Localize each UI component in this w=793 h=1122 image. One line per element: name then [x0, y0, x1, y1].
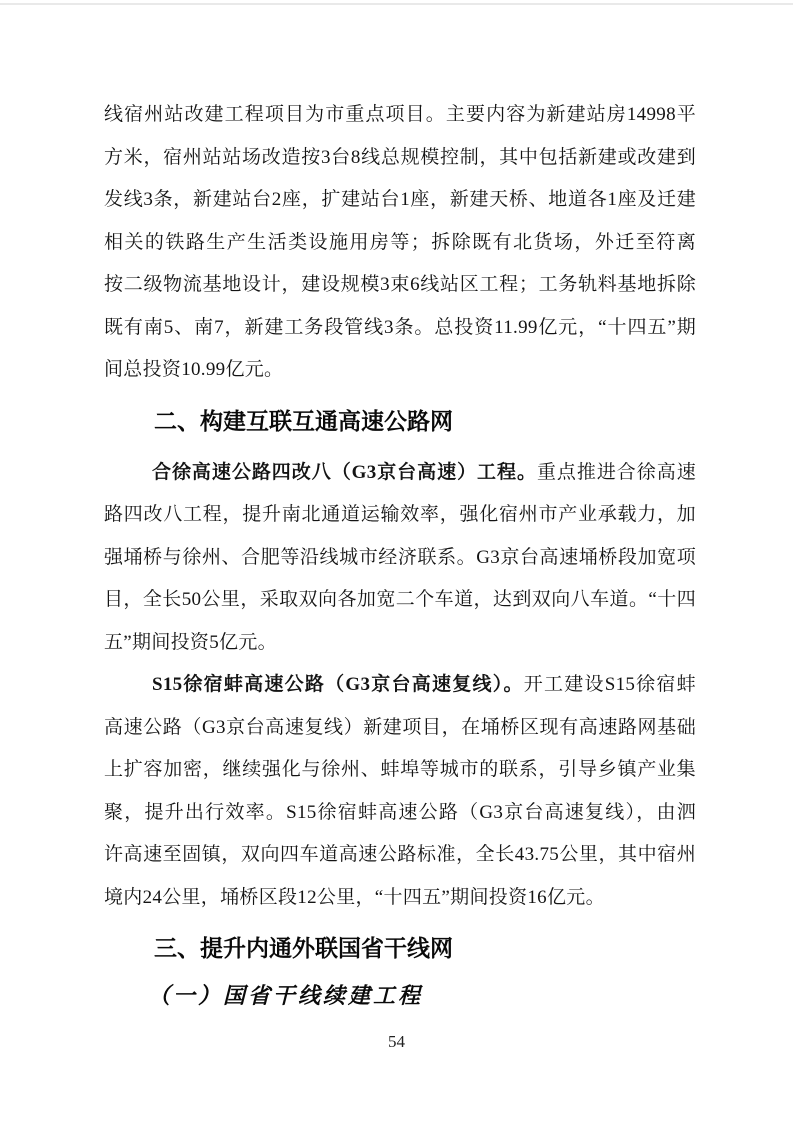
text-line: 五”期间投资5亿元。 — [104, 622, 696, 665]
paragraph-lead-bold: S15徐宿蚌高速公路（G3京台高速复线）。 — [152, 674, 524, 695]
page-content: 线宿州站改建工程项目为市重点项目。主要内容为新建站房14998平 方米，宿州站站… — [104, 94, 696, 1017]
paragraph-hexu-expressway: 合徐高速公路四改八（G3京台高速）工程。重点推进合徐高速公 路四改八工程，提升南… — [104, 452, 696, 665]
text-line: S15徐宿蚌高速公路（G3京台高速复线）。开工建设S15徐宿蚌 — [104, 664, 696, 707]
text-line: 强埇桥与徐州、合肥等沿线城市经济联系。G3京台高速埇桥段加宽项 — [104, 537, 696, 580]
text-line: 许高速至固镇，双向四车道高速公路标准，全长43.75公里，其中宿州 — [104, 834, 696, 877]
text-line: 合徐高速公路四改八（G3京台高速）工程。重点推进合徐高速公 — [104, 452, 696, 495]
text-line: 既有南5、南7，新建工务段管线3条。总投资11.99亿元，“十四五”期 — [104, 307, 696, 350]
paragraph-s15-expressway: S15徐宿蚌高速公路（G3京台高速复线）。开工建设S15徐宿蚌 高速公路（G3京… — [104, 664, 696, 919]
document-page: 线宿州站改建工程项目为市重点项目。主要内容为新建站房14998平 方米，宿州站站… — [0, 0, 793, 1122]
heading-section-2-expressway-network: 二、构建互联互通高速公路网 — [104, 400, 696, 442]
text-line: 相关的铁路生产生活类设施用房等；拆除既有北货场，外迁至符离集， — [104, 222, 696, 265]
text-line: 按二级物流基地设计，建设规模3束6线站区工程；工务轨料基地拆除 — [104, 264, 696, 307]
text-line: 高速公路（G3京台高速复线）新建项目，在埇桥区现有高速路网基础 — [104, 707, 696, 750]
paragraph-lead-rest: 开工建设S15徐宿蚌 — [524, 674, 696, 695]
subheading-trunk-road-continuation-projects: （一）国省干线续建工程 — [104, 975, 696, 1017]
scan-edge-line — [0, 3, 793, 5]
text-line: 聚，提升出行效率。S15徐宿蚌高速公路（G3京台高速复线），由泗 — [104, 792, 696, 835]
heading-section-3-trunk-road-network: 三、提升内通外联国省干线网 — [104, 927, 696, 969]
text-line: 线宿州站改建工程项目为市重点项目。主要内容为新建站房14998平 — [104, 94, 696, 137]
text-line: 上扩容加密，继续强化与徐州、蚌埠等城市的联系，引导乡镇产业集 — [104, 749, 696, 792]
paragraph-suzhou-station-rebuild: 线宿州站改建工程项目为市重点项目。主要内容为新建站房14998平 方米，宿州站站… — [104, 94, 696, 392]
text-line: 目，全长50公里，采取双向各加宽二个车道，达到双向八车道。“十四 — [104, 579, 696, 622]
text-line: 路四改八工程，提升南北通道运输效率，强化宿州市产业承载力，加 — [104, 494, 696, 537]
text-line: 境内24公里，埇桥区段12公里，“十四五”期间投资16亿元。 — [104, 877, 696, 920]
page-number: 54 — [0, 1030, 793, 1054]
text-line: 间总投资10.99亿元。 — [104, 349, 696, 392]
paragraph-lead-bold: 合徐高速公路四改八（G3京台高速）工程。 — [152, 462, 537, 483]
text-line: 方米，宿州站站场改造按3台8线总规模控制，其中包括新建或改建到 — [104, 137, 696, 180]
text-line: 发线3条，新建站台2座，扩建站台1座，新建天桥、地道各1座及迁建 — [104, 179, 696, 222]
